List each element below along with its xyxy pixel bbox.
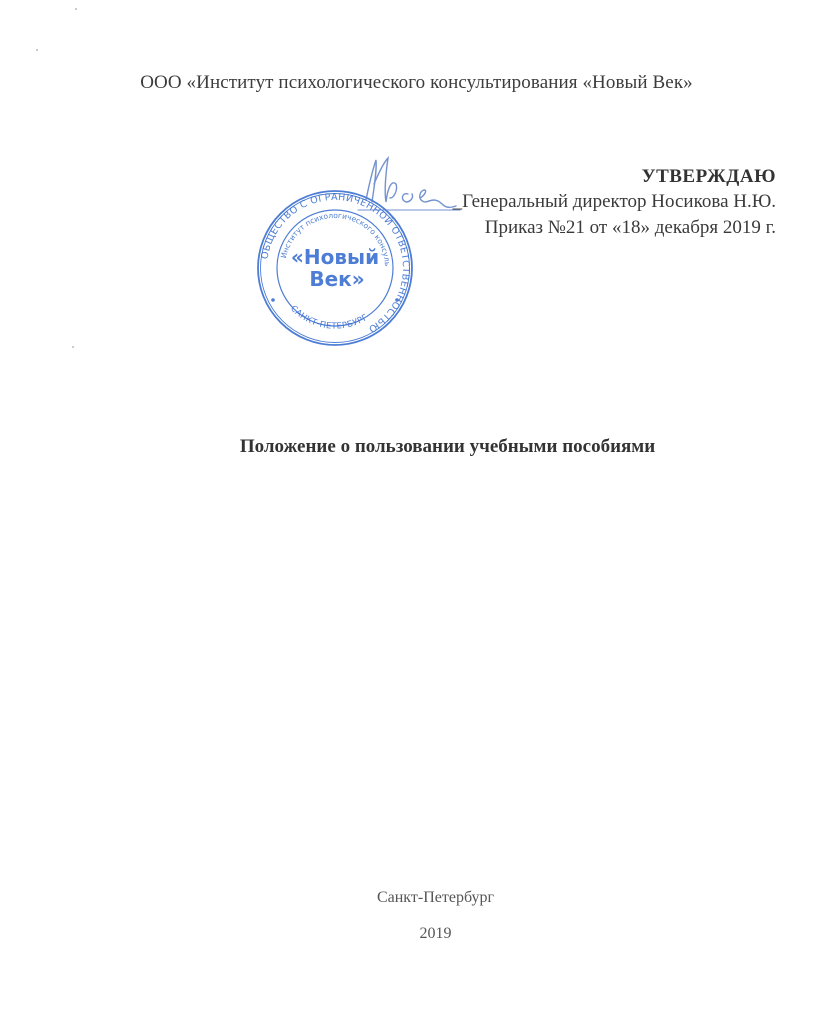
- director-signature: [352, 150, 462, 216]
- stamp-name-line-1: «Новый: [291, 245, 379, 269]
- scan-speck: [36, 49, 38, 51]
- organization-name: ООО «Институт психологического консульти…: [0, 72, 833, 94]
- signatory-line: _Генеральный директор Носикова Н.Ю.: [453, 191, 776, 213]
- document-title: Положение о пользовании учебными пособия…: [0, 436, 833, 458]
- document-city: Санкт-Петербург: [0, 889, 833, 907]
- document-year: 2019: [0, 925, 833, 943]
- approval-heading: УТВЕРЖДАЮ: [642, 166, 776, 188]
- svg-text:САНКТ-ПЕТЕРБУРГ: САНКТ-ПЕТЕРБУРГ: [288, 304, 370, 332]
- scan-speck: [72, 346, 74, 348]
- stamp-name-line-2: Век»: [309, 267, 364, 291]
- order-reference: Приказ №21 от «18» декабря 2019 г.: [485, 217, 776, 239]
- scan-speck: [75, 8, 77, 10]
